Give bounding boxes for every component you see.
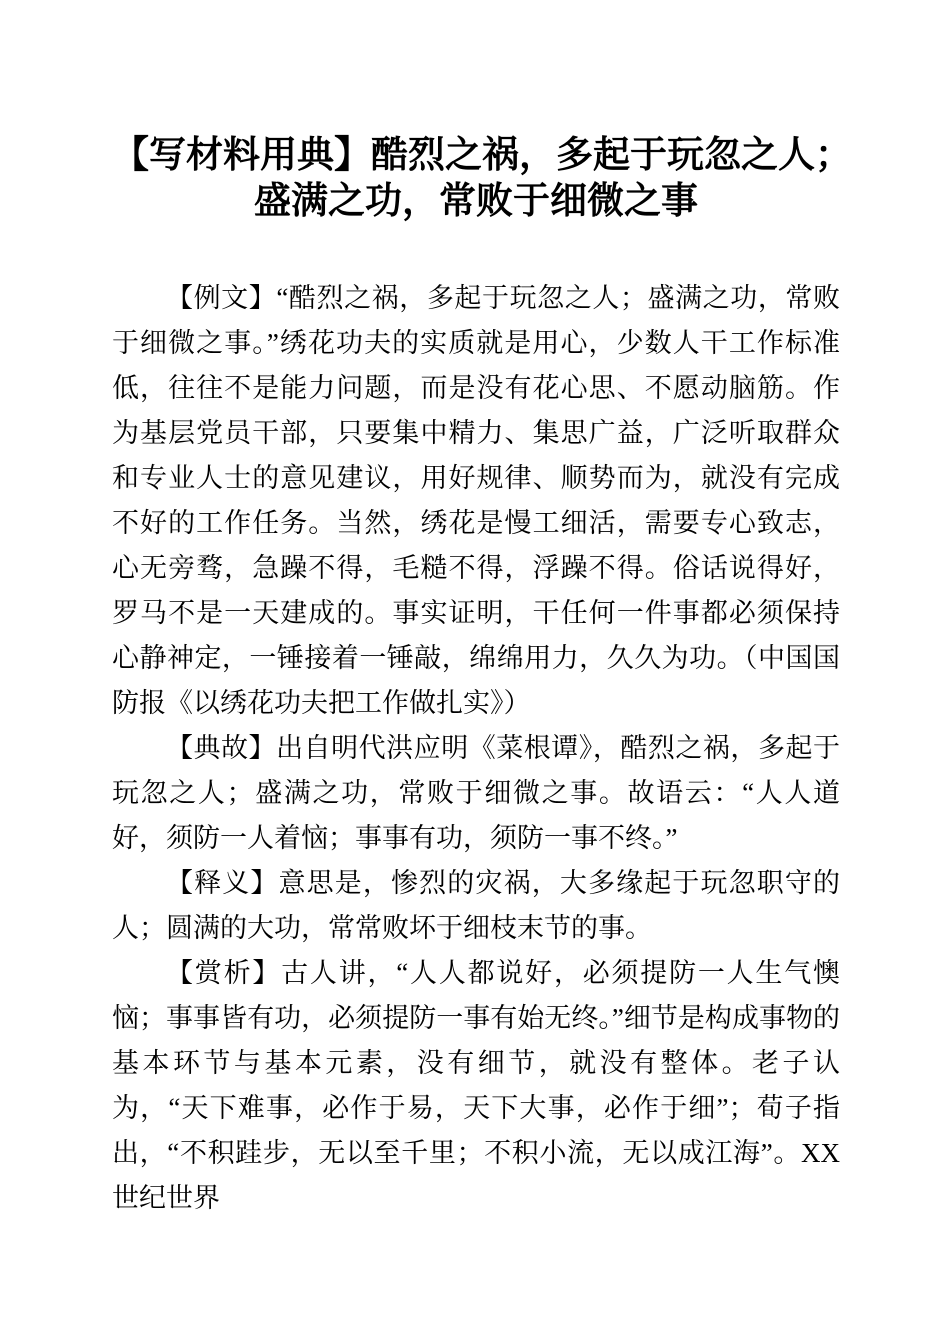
paragraph-liwen: 【例文】“酷烈之祸，多起于玩忽之人；盛满之功，常败于细微之事。”绣花功夫的实质就… (112, 276, 840, 726)
paragraph-shangxi: 【赏析】古人讲，“人人都说好，必须提防一人生气懊恼；事事皆有功，必须提防一事有始… (112, 951, 840, 1221)
document-title-line-2: 盛满之功，常败于细微之事 (112, 179, 840, 225)
document-title: 【写材料用典】酷烈之祸，多起于玩忽之人； 盛满之功，常败于细微之事 (112, 133, 840, 225)
paragraph-diangu: 【典故】出自明代洪应明《菜根谭》，酷烈之祸，多起于玩忽之人；盛满之功，常败于细微… (112, 726, 840, 861)
paragraph-shiyi: 【释义】意思是，惨烈的灾祸，大多缘起于玩忽职守的人；圆满的大功，常常败坏于细枝末… (112, 861, 840, 951)
document-title-line-1: 【写材料用典】酷烈之祸，多起于玩忽之人； (112, 133, 840, 179)
document-page: 【写材料用典】酷烈之祸，多起于玩忽之人； 盛满之功，常败于细微之事 【例文】“酷… (0, 0, 950, 1344)
document-body: 【例文】“酷烈之祸，多起于玩忽之人；盛满之功，常败于细微之事。”绣花功夫的实质就… (112, 276, 840, 1221)
